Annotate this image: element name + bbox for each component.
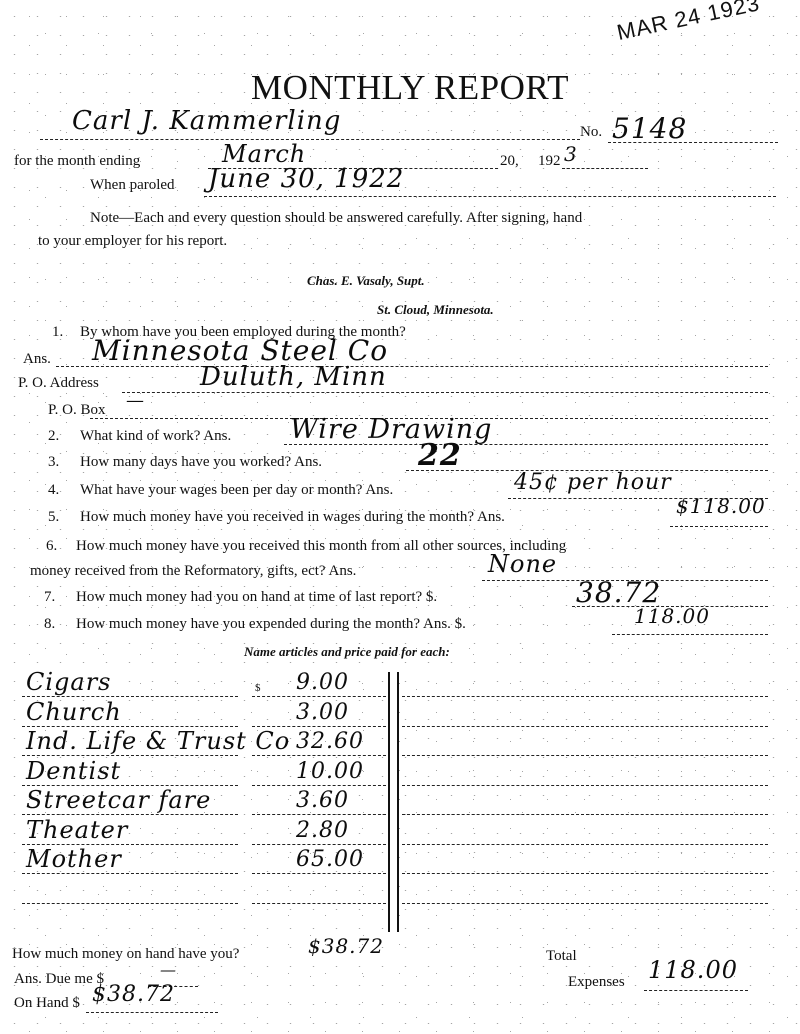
q4-question: What have your wages been per day or mon… [80,482,393,499]
total-expenses-value: 118.00 [648,956,738,984]
expense-price: 65.00 [296,847,364,872]
price-line [252,814,386,815]
q8-answer-line [612,634,768,635]
column-divider [388,672,390,932]
q6-answer: None [488,550,557,578]
q7-question: How much money had you on hand at time o… [76,589,437,606]
page-title: MONTHLY REPORT [0,68,800,108]
note-line-1: Note—Each and every question should be a… [90,210,582,227]
q2-question: What kind of work? Ans. [80,428,231,445]
price-line [252,755,386,756]
expenses-heading: Name articles and price paid for each: [244,644,450,660]
superintendent-name: Chas. E. Vasaly, Supt. [307,273,425,289]
expense-article: Streetcar fare [26,786,211,814]
on-hand-label: On Hand $ [14,995,80,1012]
expense-article: Mother [26,845,122,873]
on-hand-line [86,1012,218,1013]
q7-number: 7. [44,589,55,606]
on-hand-question: How much money on hand have you? [12,946,239,963]
price-line [252,785,386,786]
q5-answer: $118.00 [676,494,766,518]
note-line-2: to your employer for his report. [38,233,227,250]
po-address-line [122,392,768,393]
blank-entry-line [402,814,768,815]
expense-article: Church [26,698,122,726]
q8-question: How much money have you expended during … [76,616,466,633]
q5-answer-line [670,526,768,527]
expense-price: 32.60 [296,729,364,754]
q8-answer: 118.00 [634,604,710,628]
number-line [608,142,778,143]
day-value: 20, [500,153,519,170]
blank-entry-line [402,696,768,697]
po-address-answer: Duluth, Minn [200,362,387,392]
blank-entry-line [402,726,768,727]
q2-number: 2. [48,428,59,445]
q6-number: 6. [46,538,57,555]
total-expenses-line [644,990,748,991]
expense-price: 3.60 [296,788,349,813]
q2-answer-line [284,444,768,445]
expense-price: 2.80 [296,818,349,843]
on-hand-value: $38.72 [92,982,175,1007]
column-divider [397,672,399,932]
blank-entry-line [402,903,768,904]
blank-entry-line [402,873,768,874]
price-line [252,844,386,845]
inmate-number: 5148 [612,112,687,145]
parolee-name: Carl J. Kammerling [72,106,341,136]
total-label: Total [546,948,577,965]
po-box-label: P. O. Box [48,402,106,419]
due-me-value: — [160,960,177,979]
price-line [252,696,386,697]
expense-price: 9.00 [296,670,349,695]
q1-ans-label: Ans. [23,351,51,368]
year-prefix: 192 [538,153,561,170]
expense-article: Ind. Life & Trust Co [26,727,290,755]
expense-article: Theater [26,816,128,844]
expense-price: 10.00 [296,759,364,784]
price-line [252,903,386,904]
paroled-date: June 30, 1922 [208,164,404,194]
q6-question-line-2: money received from the Reformatory, gif… [30,563,356,580]
po-box-answer: — [126,390,145,411]
on-hand-answer: $38.72 [308,934,384,958]
q8-number: 8. [44,616,55,633]
q1-number: 1. [52,324,63,341]
expense-price: 3.00 [296,700,349,725]
name-line [40,139,580,140]
month-label: for the month ending [14,153,140,170]
q5-number: 5. [48,509,59,526]
price-line [252,873,386,874]
article-line [22,903,238,904]
q4-number: 4. [48,482,59,499]
expense-article: Cigars [26,668,112,696]
blank-entry-line [402,844,768,845]
expense-article: Dentist [26,757,121,785]
q1-answer-line [56,366,768,367]
q3-question: How many days have you worked? Ans. [80,454,322,471]
superintendent-location: St. Cloud, Minnesota. [377,302,494,318]
due-me-label: Ans. Due me $ [14,971,104,988]
q4-answer: 45¢ per hour [514,470,672,495]
q3-answer: 22 [418,438,462,473]
received-date-stamp: MAR 24 1923 [615,0,763,46]
po-address-label: P. O. Address [18,375,99,392]
year-suffix: 3 [564,142,578,166]
paroled-line [204,196,776,197]
paroled-label: When paroled [90,177,175,194]
q5-question: How much money have you received in wage… [80,509,505,526]
currency-label: $ [255,682,261,694]
article-line [22,873,238,874]
year-line [562,168,648,169]
q3-number: 3. [48,454,59,471]
blank-entry-line [402,785,768,786]
blank-entry-line [402,755,768,756]
number-label: No. [580,124,602,141]
q2-answer: Wire Drawing [290,414,492,445]
expenses-label: Expenses [568,974,625,991]
